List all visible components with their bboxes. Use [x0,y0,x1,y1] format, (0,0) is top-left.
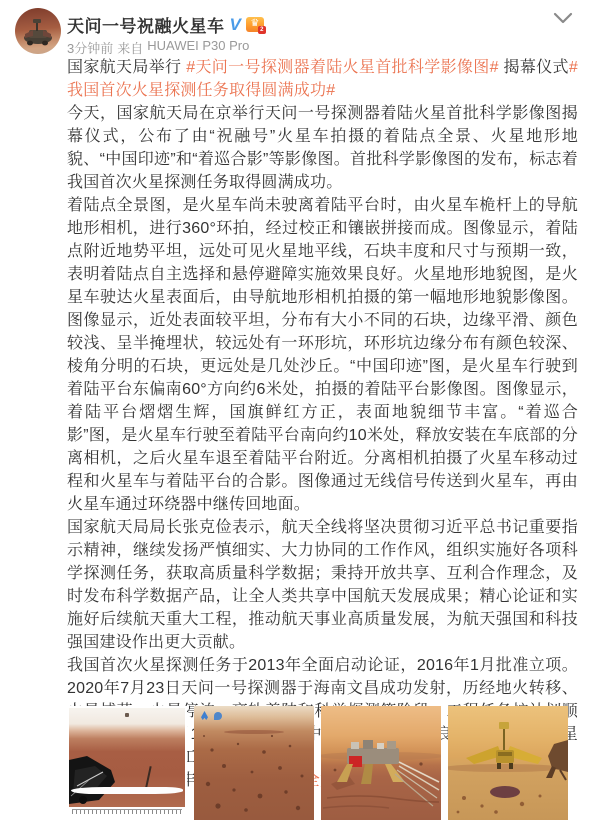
source-label: 来自 [117,38,143,57]
post-meta: 3分钟前 来自 HUAWEI P30 Pro [67,38,249,57]
rover-selfie-art [448,706,568,820]
thumbnail-landing-platform[interactable] [321,706,441,820]
post-text-segment: 国家航天局局长张克俭表示，航天全线将坚决贯彻习近平总书记重要指示精神，继续发扬严… [67,519,578,651]
thumbnail-landing-site-panorama[interactable] [67,706,187,820]
avatar[interactable] [15,8,61,54]
post-paragraph: 今天，国家航天局在京举行天问一号探测器着陆火星首批科学影像图揭幕仪式，公布了由“… [67,102,578,194]
timestamp[interactable]: 3分钟前 [67,38,113,57]
thumbnail-strip [67,706,568,820]
panorama-scale-ruler [72,809,182,816]
username[interactable]: 天问一号祝融火星车 [67,12,225,37]
vip-member-badge-icon: ♛ 2 [246,17,264,32]
post-paragraph: 着陆点全景图，是火星车尚未驶离着陆平台时，由火星车桅杆上的导航地形相机，进行36… [67,194,578,516]
post-text-segment: 着陆点全景图，是火星车尚未驶离着陆平台时，由火星车桅杆上的导航地形相机，进行36… [67,197,578,513]
landing-platform-art [321,706,441,820]
post-paragraph: 国家航天局局长张克俭表示，航天全线将坚决贯彻习近平总书记重要指示精神，继续发扬严… [67,516,578,654]
terrain-rocks-art [194,706,314,820]
device-source-link[interactable]: HUAWEI P30 Pro [147,38,249,57]
post-text-segment: 国家航天局举行 [67,59,186,76]
panorama-foreground-band [71,787,183,794]
rover-avatar-art [15,8,61,54]
vip-level-badge: 2 [258,26,266,34]
post-text: 国家航天局举行 #天问一号探测器着陆火星首批科学影像图# 揭幕仪式#我国首次火星… [67,56,578,792]
panorama-image-art [69,708,185,807]
thumbnail-rover-platform-selfie[interactable] [448,706,568,820]
thumbnail-mars-terrain[interactable] [194,706,314,820]
post-text-segment: 今天，国家航天局在京举行天问一号探测器着陆火星首批科学影像图揭幕仪式，公布了由“… [67,105,578,191]
header-name-row: 天问一号祝融火星车 V ♛ 2 [67,13,264,35]
weibo-post-card: 天问一号祝融火星车 V ♛ 2 3分钟前 来自 HUAWEI P30 Pro 国… [0,0,592,825]
hashtag-link[interactable]: #天问一号探测器着陆火星首批科学影像图# [186,59,499,76]
post-paragraph: 国家航天局举行 #天问一号探测器着陆火星首批科学影像图# 揭幕仪式#我国首次火星… [67,56,578,102]
verified-v-icon: V [230,16,241,33]
chevron-down-icon[interactable] [551,10,575,26]
post-text-segment: 揭幕仪式 [499,59,569,76]
